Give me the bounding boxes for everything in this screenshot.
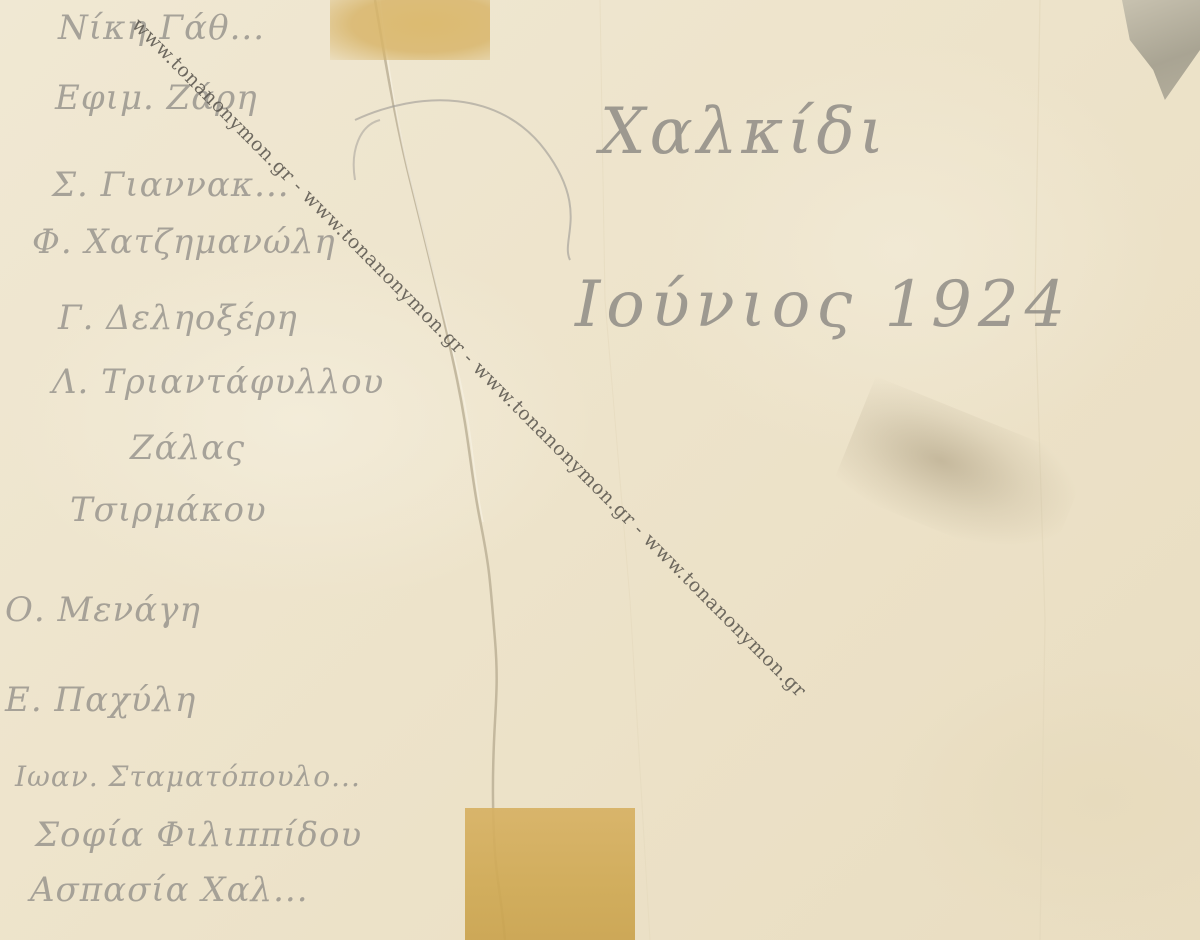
handwritten-date: Ιούνιος 1924 xyxy=(575,268,1071,342)
name-line: Τσιρμάκου xyxy=(70,490,267,530)
name-line: Σ. Γιαννακ... xyxy=(52,165,290,205)
tape-remnant-top xyxy=(330,0,490,60)
graphite-smudge xyxy=(831,376,1089,573)
name-line: Ασπασία Χαλ... xyxy=(30,870,309,910)
name-line: Λ. Τριαντάφυλλου xyxy=(52,362,384,402)
name-line: Σοφία Φιλιππίδου xyxy=(35,815,362,855)
name-line: Ιωαν. Σταματόπουλο... xyxy=(15,760,361,793)
name-line: Ε. Παχύλη xyxy=(5,680,196,720)
photo-back-paper: Χαλκίδι Ιούνιος 1924 Νίκη Γάθ... Εφιμ. Ζ… xyxy=(0,0,1200,940)
name-line: Ο. Μενάγη xyxy=(5,590,201,630)
paper-fleck-corner xyxy=(1122,0,1200,100)
handwritten-heading: Χαλκίδι xyxy=(600,95,888,169)
name-line: Ζάλας xyxy=(130,428,245,468)
name-line: Φ. Χατζημανώλη xyxy=(32,222,336,262)
tape-remnant-bottom xyxy=(465,808,635,940)
name-line: Γ. Δεληοξέρη xyxy=(58,298,298,338)
